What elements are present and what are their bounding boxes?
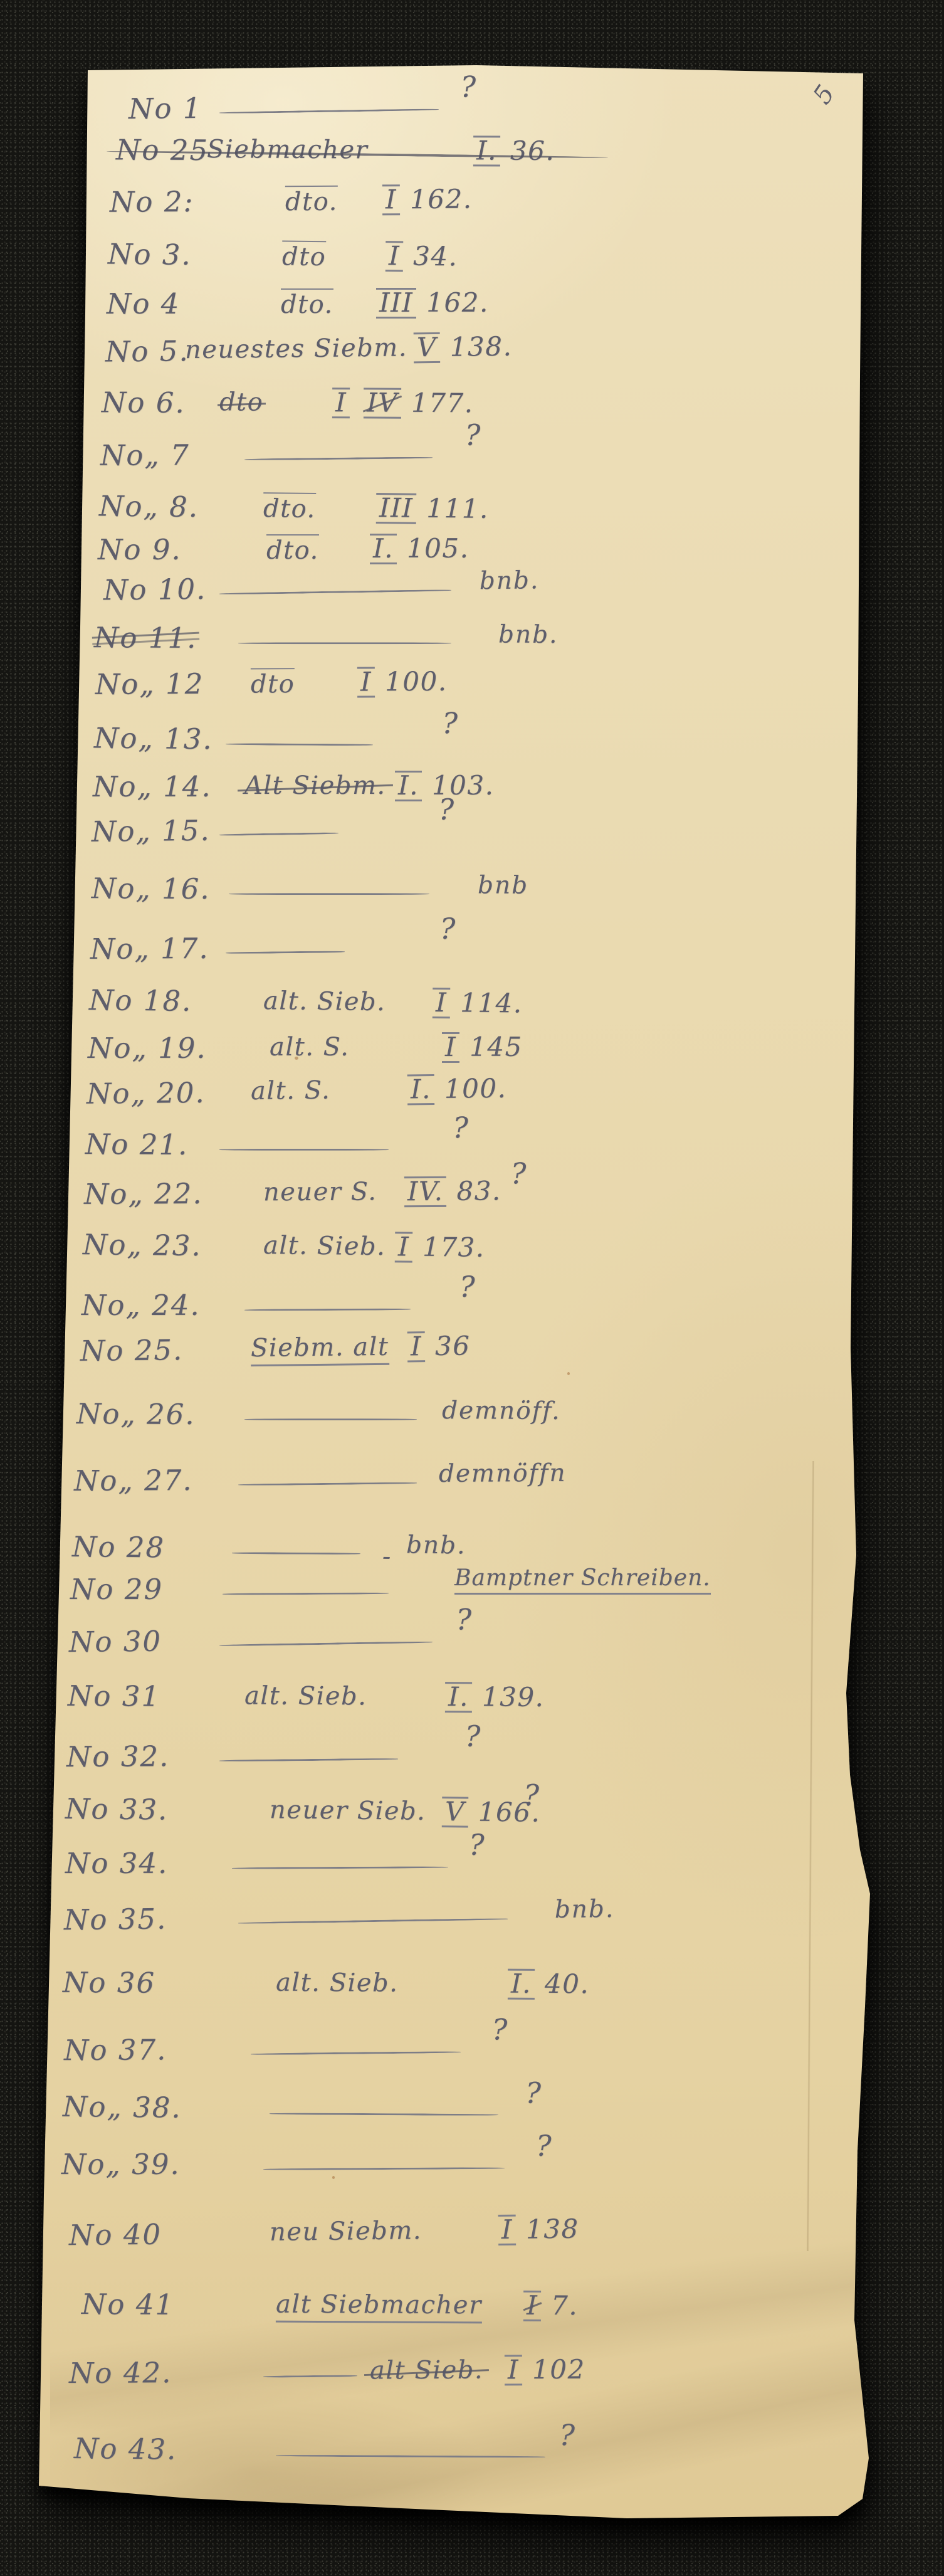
entry-marker: bnb. xyxy=(480,566,540,595)
entry-marker: bnb. xyxy=(498,621,559,649)
entry-number: No„ 14. xyxy=(93,770,212,803)
entry-text: dto. xyxy=(285,186,338,216)
entry-number: No 9. xyxy=(98,533,182,566)
list-entry: No 34.? xyxy=(0,1847,944,1887)
entry-reference: I173. xyxy=(395,1231,485,1263)
entry-text: alt. S. xyxy=(270,1033,349,1062)
entry-number: No 5. xyxy=(105,334,189,368)
roman-numeral: V xyxy=(414,332,440,363)
page-reference: 102 xyxy=(532,2354,585,2385)
entry-text: alt. Sieb. xyxy=(244,1681,367,1711)
entry-number: No„ 16. xyxy=(92,872,211,905)
list-entry: No 31alt. Sieb.I.139. xyxy=(0,1679,944,1724)
roman-numeral: I. xyxy=(407,1074,434,1105)
entry-number: No„ 17. xyxy=(90,932,209,966)
roman-numeral: IV. xyxy=(404,1176,447,1207)
question-mark-annotation: ? xyxy=(511,1156,527,1190)
entry-number: No„ 23. xyxy=(83,1228,202,1262)
entry-dash xyxy=(219,1641,433,1646)
entry-text: alt. Sieb. xyxy=(263,1231,386,1261)
entry-text: Siebm. alt xyxy=(251,1333,389,1366)
entry-dash xyxy=(219,832,338,836)
roman-numeral: IV xyxy=(364,388,401,418)
roman-numeral: I. xyxy=(473,135,500,166)
entry-number: No„ 38. xyxy=(63,2090,182,2125)
entry-reference: I.100. xyxy=(407,1073,507,1105)
entry-number: No 32. xyxy=(66,1739,170,1773)
entry-number: No„ 26. xyxy=(76,1397,196,1431)
entry-number: No 42. xyxy=(69,2356,172,2390)
entry-text: Alt Siebm. xyxy=(244,771,386,800)
list-entry: No 35.bnb. xyxy=(0,1894,944,1944)
list-entry: No„ 22.neuer S.IV.83.? xyxy=(0,1173,944,1218)
entry-number: No 25. xyxy=(80,1333,184,1368)
entry-dash xyxy=(263,2167,505,2170)
entry-reference: I138 xyxy=(498,2214,579,2246)
question-mark-annotation: ? xyxy=(465,1719,481,1753)
roman-numeral: I. xyxy=(445,1682,472,1713)
entry-dash xyxy=(276,2454,545,2457)
question-mark-annotation: ? xyxy=(523,1778,539,1812)
roman-numeral: I xyxy=(382,184,400,215)
entry-reference: V138. xyxy=(414,331,513,363)
list-entry: No„ 14.Alt Siebm.I.103. xyxy=(0,770,944,810)
entry-number: No 2: xyxy=(110,185,194,219)
entry-reference: IV.83. xyxy=(404,1175,501,1207)
entry-number: No 18. xyxy=(89,983,192,1018)
entry-text: alt. Sieb. xyxy=(276,1968,399,1998)
page-reference: 139. xyxy=(482,1681,545,1713)
entry-number: No 37. xyxy=(64,2033,167,2067)
roman-numeral: I. xyxy=(508,1969,535,2000)
list-entry: No 25SiebmacherI.36. xyxy=(0,132,944,177)
entry-marker: demnöff. xyxy=(442,1396,561,1425)
roman-numeral: I xyxy=(357,667,375,697)
roman-numeral: I xyxy=(407,1331,426,1362)
entry-dash xyxy=(219,1149,389,1151)
scan-background: 5 No 1?No 25SiebmacherI.36.No 2:dto.I162… xyxy=(0,0,944,2576)
entry-text: neuer S. xyxy=(263,1177,377,1206)
list-entry: No„ 19.alt. S.I145 xyxy=(0,1032,944,1072)
entry-number: No 25 xyxy=(116,133,209,167)
entry-dash xyxy=(219,1758,398,1762)
page-reference: 177. xyxy=(411,388,474,419)
entry-text: neuer Sieb. xyxy=(270,1795,426,1826)
paper-speck xyxy=(567,1372,570,1375)
list-entry: No 18.alt. Sieb.I114. xyxy=(0,983,944,1033)
entry-reference: I145 xyxy=(442,1032,523,1063)
entry-dash xyxy=(229,893,429,895)
list-entry: No„ 7? xyxy=(0,435,944,480)
entry-dash xyxy=(223,1592,389,1595)
page-reference: 173. xyxy=(422,1232,485,1263)
entry-marker: demnöffn xyxy=(439,1459,567,1488)
entry-number: No 35. xyxy=(64,1902,167,1936)
entry-dash xyxy=(270,2113,498,2116)
roman-numeral: I xyxy=(505,2355,522,2385)
entry-dash xyxy=(232,1866,448,1869)
page-reference: 40. xyxy=(545,1968,590,1999)
entry-number: No 1 xyxy=(128,92,202,125)
entry-dash xyxy=(238,1918,508,1924)
entry-reference: I7. xyxy=(523,2290,578,2321)
question-mark-annotation: ? xyxy=(460,70,476,103)
list-entry: No 41alt SiebmacherI7. xyxy=(0,2287,944,2332)
question-mark-annotation: ? xyxy=(525,2076,541,2110)
manuscript-page: 5 No 1?No 25SiebmacherI.36.No 2:dto.I162… xyxy=(0,0,944,2576)
roman-numeral: I xyxy=(395,1232,413,1262)
entry-reference: III162. xyxy=(376,287,489,319)
entry-dash xyxy=(244,457,433,460)
entry-text: alt. Sieb. xyxy=(263,986,386,1016)
entry-number: No„ 39. xyxy=(61,2148,181,2181)
page-reference: 36 xyxy=(435,1330,471,1361)
entry-marker: bnb xyxy=(478,871,528,899)
question-mark-annotation: ? xyxy=(465,418,481,452)
entry-text: dto. xyxy=(281,288,333,319)
entry-reference: I162. xyxy=(382,184,473,216)
entry-number: No„ 22. xyxy=(84,1177,203,1211)
entry-reference: IIV177. xyxy=(332,387,474,419)
entry-reference: I.139. xyxy=(445,1681,545,1713)
entry-marker: bnb. xyxy=(406,1531,466,1560)
entry-dash xyxy=(219,589,451,595)
roman-numeral: I. xyxy=(370,534,397,564)
list-entry: No„ 12dtoI100. xyxy=(0,663,944,709)
page-reference: 105. xyxy=(407,533,469,564)
roman-numeral: I xyxy=(523,2291,541,2321)
page-reference: 36. xyxy=(510,135,555,166)
page-reference: 114. xyxy=(460,987,523,1018)
entry-text: neu Siebm. xyxy=(270,2216,422,2247)
list-entry: No 3.dtoI34. xyxy=(0,236,944,287)
entry-number: No„ 7 xyxy=(100,438,190,472)
list-entry: No 5.neuestes Siebm.V138. xyxy=(0,326,944,376)
entry-reference: I.36. xyxy=(473,135,555,167)
list-entry: No„ 15.? xyxy=(0,806,944,856)
list-entry: No„ 16.bnb xyxy=(0,871,944,916)
entry-number: No 41 xyxy=(81,2288,174,2321)
page-reference: 162. xyxy=(410,184,473,215)
entry-reference: I114. xyxy=(433,987,523,1019)
entry-extra-dash: - xyxy=(382,1542,391,1571)
entry-dash xyxy=(226,951,345,954)
roman-numeral: I xyxy=(442,1032,459,1063)
entry-reference: I102 xyxy=(505,2354,585,2386)
entry-dash xyxy=(226,743,373,746)
entry-number: No 6. xyxy=(102,386,186,420)
list-entry: No„ 20.alt. S.I.100. xyxy=(0,1068,944,1118)
entry-number: No 40 xyxy=(69,2218,162,2252)
question-mark-annotation: ? xyxy=(442,706,458,740)
page-reference: 138 xyxy=(526,2214,579,2245)
entry-text: dto xyxy=(282,240,327,272)
list-entry: No 32.? xyxy=(0,1736,944,1781)
list-entry: No 2:dto.I162. xyxy=(0,181,944,226)
entry-text: dto. xyxy=(266,534,319,565)
entry-number: No„ 12 xyxy=(95,667,204,701)
entry-number: No„ 24. xyxy=(81,1289,201,1322)
roman-numeral: I. xyxy=(395,771,422,801)
list-entry: No„ 26.demnöff. xyxy=(0,1396,944,1442)
roman-numeral: I xyxy=(332,388,350,418)
entry-dash xyxy=(251,2051,461,2056)
question-mark-annotation: ? xyxy=(440,912,456,946)
question-mark-annotation: ? xyxy=(469,1828,485,1862)
page-reference: 162. xyxy=(426,287,489,318)
entry-reference: I.105. xyxy=(370,533,469,564)
entry-number: No 4 xyxy=(107,287,180,320)
question-mark-annotation: ? xyxy=(456,1602,471,1636)
entry-text: alt Sieb. xyxy=(370,2356,483,2385)
question-mark-annotation: ? xyxy=(438,793,454,826)
page-reference: 83. xyxy=(456,1175,501,1206)
question-mark-annotation: ? xyxy=(453,1111,468,1144)
page-reference: 138. xyxy=(449,331,512,362)
entry-reference: I.40. xyxy=(508,1968,590,2000)
entry-number: No 30 xyxy=(69,1625,162,1659)
entry-dash xyxy=(244,1308,411,1311)
roman-numeral: V xyxy=(442,1797,468,1827)
roman-numeral: III xyxy=(376,288,416,319)
roman-numeral: I xyxy=(433,988,451,1018)
entry-dash xyxy=(219,108,439,113)
list-entry: No 25.Siebm. altI36 xyxy=(0,1325,944,1375)
entry-number: No 33. xyxy=(65,1792,169,1827)
list-entry: No„ 39.? xyxy=(0,2148,944,2188)
entry-dash xyxy=(263,2375,357,2378)
page-reference: 145 xyxy=(469,1032,523,1062)
entry-reference: I34. xyxy=(385,240,458,272)
list-entry: No„ 27.demnöffn xyxy=(0,1460,944,1505)
entry-reference: I36 xyxy=(407,1330,471,1362)
entry-number: No 11. xyxy=(94,621,197,655)
entry-text: alt Siebmacher xyxy=(276,2290,482,2324)
entry-dash xyxy=(232,1552,360,1555)
question-mark-annotation: ? xyxy=(536,2129,552,2163)
entry-text: Siebmacher xyxy=(207,135,368,164)
entry-reference: I100. xyxy=(357,666,448,698)
page-reference: 7. xyxy=(551,2290,578,2321)
entry-number: No„ 20. xyxy=(87,1076,206,1111)
question-mark-annotation: ? xyxy=(559,2418,575,2452)
list-entry: No„ 38.? xyxy=(0,2089,944,2140)
entry-number: No„ 15. xyxy=(92,814,211,848)
entry-text: dto xyxy=(219,388,264,416)
list-entry: No 29Bamptner Schreiben. xyxy=(0,1573,944,1613)
question-mark-annotation: ? xyxy=(492,2012,508,2046)
entry-number: No 29 xyxy=(70,1573,163,1606)
list-entry: No 1? xyxy=(0,83,944,134)
entry-number: No„ 19. xyxy=(88,1032,207,1065)
page-reference: 100. xyxy=(444,1073,507,1104)
page-reference: 34. xyxy=(413,241,458,272)
entry-number: No 31 xyxy=(68,1679,160,1713)
entry-dash xyxy=(238,642,451,644)
question-mark-annotation: ? xyxy=(459,1270,475,1304)
paper-shadow: 5 No 1?No 25SiebmacherI.36.No 2:dto.I162… xyxy=(0,0,944,2576)
list-entry: No„ 17.? xyxy=(0,928,944,973)
page-reference: 100. xyxy=(385,666,448,697)
list-entry: No 21.? xyxy=(0,1127,944,1172)
entry-number: No 36 xyxy=(63,1966,155,2000)
entry-number: No 28 xyxy=(72,1530,165,1565)
list-entry: No„ 13.? xyxy=(0,721,944,771)
entry-marker: bnb. xyxy=(555,1895,615,1924)
list-entry: No 11.bnb. xyxy=(0,620,944,665)
list-entry: No 30? xyxy=(0,1616,944,1666)
entry-number: No„ 13. xyxy=(94,721,213,756)
entry-number: No 10. xyxy=(103,573,207,607)
entry-dash xyxy=(238,1482,417,1486)
page-reference: 111. xyxy=(426,493,489,524)
entry-reference: III111. xyxy=(376,492,489,525)
roman-numeral: I xyxy=(498,2215,517,2246)
entry-dash xyxy=(244,1418,417,1420)
entry-text: dto. xyxy=(263,492,316,524)
entry-text: dto xyxy=(251,668,295,699)
roman-numeral: I xyxy=(385,241,404,272)
entry-number: No 3. xyxy=(108,238,192,272)
entry-text: neuestes Siebm. xyxy=(185,333,407,364)
list-entry: No 4dto.III162. xyxy=(0,287,944,327)
entry-number: No 34. xyxy=(65,1847,168,1880)
entry-number: No„ 27. xyxy=(74,1464,193,1497)
entry-number: No 43. xyxy=(74,2432,177,2466)
list-entry: No„ 8.dto.III111. xyxy=(0,488,944,539)
list-entry: No 42.alt Sieb.I102 xyxy=(0,2352,944,2397)
entry-number: No„ 8. xyxy=(99,489,199,524)
roman-numeral: III xyxy=(376,493,417,524)
list-entry: No 37.? xyxy=(0,2029,944,2074)
entry-text: alt. S. xyxy=(251,1076,331,1106)
list-entry: No 36alt. Sieb.I.40. xyxy=(0,1965,944,2010)
entry-number: No 21. xyxy=(85,1127,189,1161)
list-entry: No„ 24.? xyxy=(0,1289,944,1329)
entry-marker: Bamptner Schreiben. xyxy=(454,1565,711,1595)
